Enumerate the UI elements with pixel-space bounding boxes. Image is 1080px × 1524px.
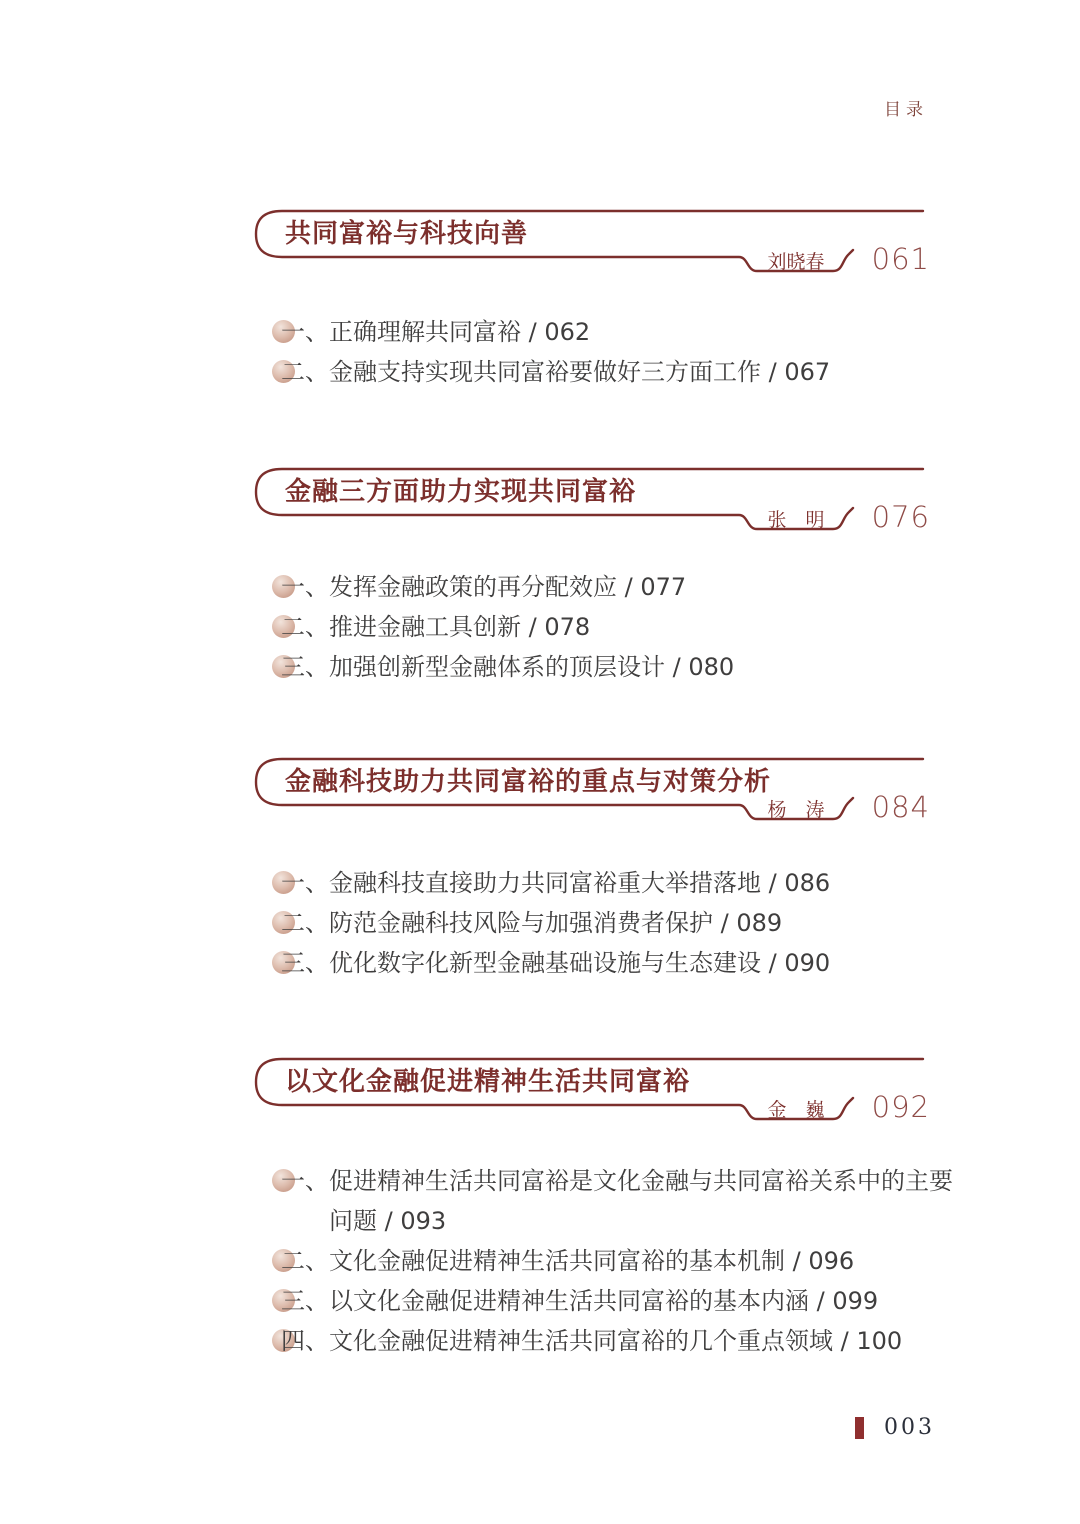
item-number: 一、 — [281, 1167, 329, 1195]
section-item-list: 一、 金融科技直接助力共同富裕重大举措落地 / 086 二、 防范金融科技风险与… — [272, 863, 982, 983]
toc-item[interactable]: 二、 防范金融科技风险与加强消费者保护 / 089 — [272, 903, 982, 943]
toc-page: 目录 共同富裕与科技向善 刘晓春 061 一、 正确理解共同富裕 / 062 二… — [0, 0, 1080, 1524]
footer-accent-bar — [855, 1417, 864, 1439]
section-page-number: 092 — [810, 1092, 930, 1122]
item-label: 文化金融促进精神生活共同富裕的几个重点领域 / 100 — [329, 1321, 902, 1361]
item-label: 促进精神生活共同富裕是文化金融与共同富裕关系中的主要问题 / 093 — [329, 1161, 969, 1241]
toc-item[interactable]: 一、 发挥金融政策的再分配效应 / 077 — [272, 567, 982, 607]
item-marker: 一、 — [272, 1161, 329, 1201]
item-number: 一、 — [281, 573, 329, 601]
section-header[interactable]: 金融三方面助力实现共同富裕 张 明 076 — [250, 465, 940, 550]
section-page-number: 084 — [810, 792, 930, 822]
item-marker: 二、 — [272, 607, 329, 647]
item-number: 一、 — [281, 869, 329, 897]
section-header[interactable]: 金融科技助力共同富裕的重点与对策分析 杨 涛 084 — [250, 755, 940, 840]
item-number: 三、 — [281, 653, 329, 681]
section-title: 金融三方面助力实现共同富裕 — [285, 478, 636, 506]
page-header-label: 目录 — [884, 100, 928, 120]
toc-item[interactable]: 一、 促进精神生活共同富裕是文化金融与共同富裕关系中的主要问题 / 093 — [272, 1161, 982, 1241]
section-item-list: 一、 促进精神生活共同富裕是文化金融与共同富裕关系中的主要问题 / 093 二、… — [272, 1161, 982, 1361]
item-label: 推进金融工具创新 / 078 — [329, 607, 590, 647]
item-marker: 四、 — [272, 1321, 329, 1361]
section-header[interactable]: 共同富裕与科技向善 刘晓春 061 — [250, 207, 940, 292]
item-marker: 一、 — [272, 312, 329, 352]
item-number: 二、 — [281, 613, 329, 641]
section-title: 共同富裕与科技向善 — [285, 220, 528, 248]
toc-item[interactable]: 一、 正确理解共同富裕 / 062 — [272, 312, 982, 352]
item-number: 三、 — [281, 1287, 329, 1315]
item-label: 加强创新型金融体系的顶层设计 / 080 — [329, 647, 734, 687]
item-number: 二、 — [281, 909, 329, 937]
item-marker: 二、 — [272, 1241, 329, 1281]
section-page-number: 076 — [810, 502, 930, 532]
toc-item[interactable]: 三、 优化数字化新型金融基础设施与生态建设 / 090 — [272, 943, 982, 983]
item-marker: 二、 — [272, 903, 329, 943]
item-marker: 三、 — [272, 943, 329, 983]
item-label: 发挥金融政策的再分配效应 / 077 — [329, 567, 686, 607]
item-marker: 一、 — [272, 863, 329, 903]
item-number: 二、 — [281, 358, 329, 386]
toc-item[interactable]: 四、 文化金融促进精神生活共同富裕的几个重点领域 / 100 — [272, 1321, 982, 1361]
item-marker: 三、 — [272, 1281, 329, 1321]
footer-page-number: 003 — [884, 1415, 935, 1441]
toc-item[interactable]: 二、 文化金融促进精神生活共同富裕的基本机制 / 096 — [272, 1241, 982, 1281]
section-item-list: 一、 发挥金融政策的再分配效应 / 077 二、 推进金融工具创新 / 078 … — [272, 567, 982, 687]
item-label: 优化数字化新型金融基础设施与生态建设 / 090 — [329, 943, 830, 983]
section-page-number: 061 — [810, 244, 930, 274]
item-marker: 二、 — [272, 352, 329, 392]
item-label: 金融科技直接助力共同富裕重大举措落地 / 086 — [329, 863, 830, 903]
item-label: 以文化金融促进精神生活共同富裕的基本内涵 / 099 — [329, 1281, 878, 1321]
section-header[interactable]: 以文化金融促进精神生活共同富裕 金 巍 092 — [250, 1055, 940, 1140]
toc-item[interactable]: 三、 以文化金融促进精神生活共同富裕的基本内涵 / 099 — [272, 1281, 982, 1321]
item-number: 二、 — [281, 1247, 329, 1275]
toc-item[interactable]: 二、 金融支持实现共同富裕要做好三方面工作 / 067 — [272, 352, 982, 392]
toc-item[interactable]: 二、 推进金融工具创新 / 078 — [272, 607, 982, 647]
item-marker: 一、 — [272, 567, 329, 607]
item-label: 正确理解共同富裕 / 062 — [329, 312, 590, 352]
item-label: 防范金融科技风险与加强消费者保护 / 089 — [329, 903, 782, 943]
item-label: 金融支持实现共同富裕要做好三方面工作 / 067 — [329, 352, 830, 392]
item-marker: 三、 — [272, 647, 329, 687]
item-number: 一、 — [281, 318, 329, 346]
section-title: 金融科技助力共同富裕的重点与对策分析 — [285, 768, 771, 796]
item-number: 三、 — [281, 949, 329, 977]
section-item-list: 一、 正确理解共同富裕 / 062 二、 金融支持实现共同富裕要做好三方面工作 … — [272, 312, 982, 392]
section-title: 以文化金融促进精神生活共同富裕 — [285, 1068, 690, 1096]
item-label: 文化金融促进精神生活共同富裕的基本机制 / 096 — [329, 1241, 854, 1281]
toc-item[interactable]: 一、 金融科技直接助力共同富裕重大举措落地 / 086 — [272, 863, 982, 903]
item-number: 四、 — [281, 1327, 329, 1355]
toc-item[interactable]: 三、 加强创新型金融体系的顶层设计 / 080 — [272, 647, 982, 687]
